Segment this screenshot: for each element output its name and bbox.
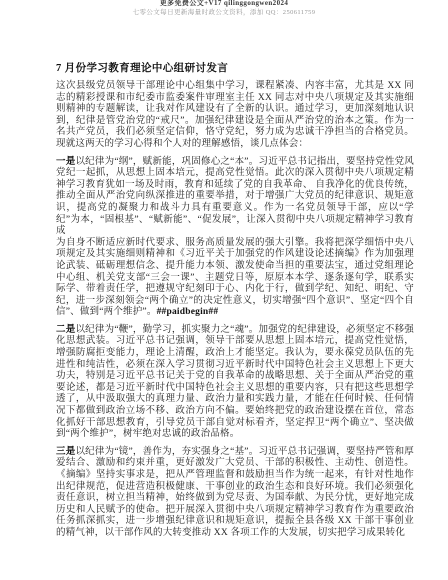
paragraph: 为自身不断适应新时代要求、服务高质量发展的强大引擎。我将把深学细悟中央八项规定及… (56, 238, 414, 319)
paragraph: 二是以纪律为“鞭”，勤学习，抓实聚力之“魂”。加强党的纪律建设，必须坚定不移强化… (56, 325, 414, 441)
paragraph-text: 以纪律为“镜”，善作为，夯实强身之“基”。习近平总书记强调，要坚持严管和厚爱结合… (56, 447, 414, 538)
paragraph-bold-lead: ##paidbegin## (157, 307, 219, 317)
paragraph-text: 这次县级党员领导干部理论中心组集中学习，课程紧凑、内容丰富，尤其是 XX 同志的… (56, 81, 414, 149)
paragraph: 三是以纪律为“镜”，善作为，夯实强身之“基”。习近平总书记强调，要坚持严管和厚爱… (56, 447, 414, 540)
paragraph-bold-lead: 三是 (56, 447, 75, 457)
paragraph-text: 以纪律为“鞭”，勤学习，抓实聚力之“魂”。加强党的纪律建设，必须坚定不移强化思想… (56, 325, 414, 439)
watermark-line2: 七零公文每日更新海量时政公文资料，添加 QQ：250611759 (0, 9, 448, 17)
paragraph-container: 这次县级党员领导干部理论中心组集中学习，课程紧凑、内容丰富，尤其是 XX 同志的… (56, 81, 414, 540)
document-title: 7 月份学习教育理论中心组研讨发言 (56, 60, 414, 75)
paragraph-text: 以纪律为“纲”，赋新能，巩固修心之“本”。习近平总书记指出，要坚持党性党风党纪一… (56, 157, 414, 237)
document-body: 7 月份学习教育理论中心组研讨发言 这次县级党员领导干部理论中心组集中学习，课程… (56, 60, 414, 540)
paragraph-bold-lead: 二是 (56, 325, 75, 335)
paragraph-text: 为自身不断适应新时代要求、服务高质量发展的强大引擎。我将把深学细悟中央八项规定及… (56, 238, 414, 318)
paragraph: 一是以纪律为“纲”，赋新能，巩固修心之“本”。习近平总书记指出，要坚持党性党风党… (56, 157, 414, 238)
paragraph-bold-lead: 一是 (56, 157, 75, 167)
watermark-line1: 更多免费公文+V17 qilinggongwen2024 (0, 0, 448, 7)
watermark-header: 更多免费公文+V17 qilinggongwen2024 七零公文每日更新海量时… (0, 0, 448, 17)
paragraph: 这次县级党员领导干部理论中心组集中学习，课程紧凑、内容丰富，尤其是 XX 同志的… (56, 81, 414, 151)
document-page: 更多免费公文+V17 qilinggongwen2024 七零公文每日更新海量时… (0, 0, 448, 579)
